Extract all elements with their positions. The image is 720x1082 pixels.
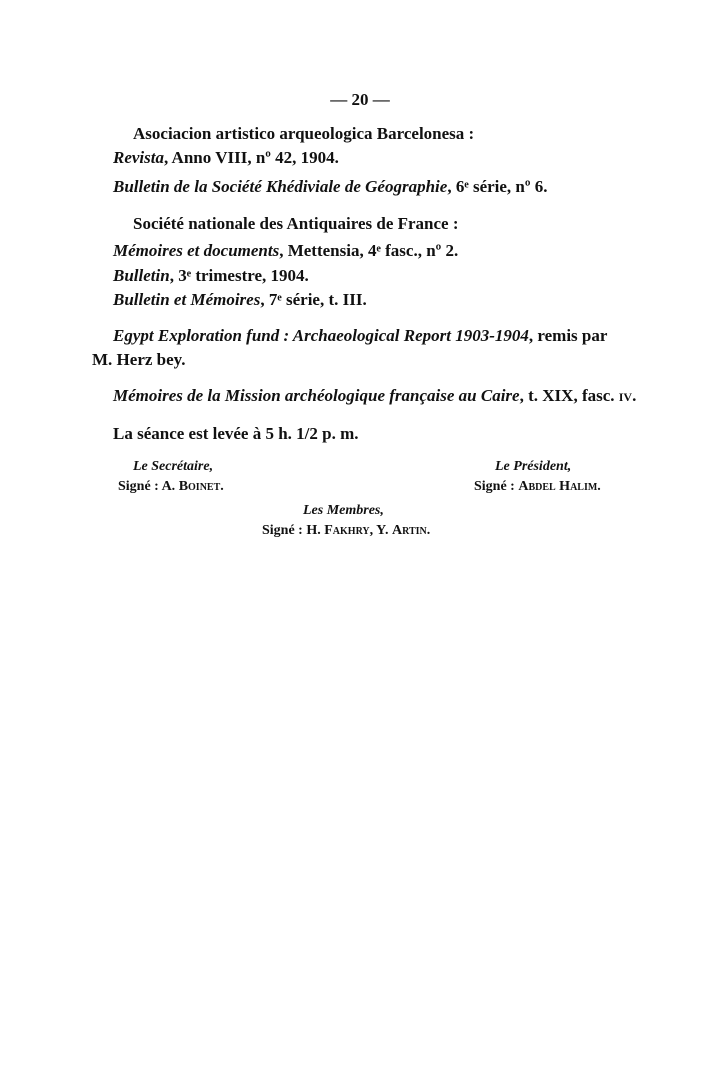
members-role: Les Membres, (303, 501, 384, 521)
publication-title: Bulletin et Mémoires (113, 290, 260, 309)
fascicle-number: iv. (619, 386, 637, 405)
publication-details: , 3ᵉ trimestre, 1904. (170, 266, 309, 285)
publication-title: Egypt Exploration fund : Archaeological … (113, 326, 529, 345)
signer-name: Boinet. (179, 479, 224, 494)
publication-details: , 7ᵉ série, t. III. (260, 290, 366, 309)
signer-name: Fakhry (324, 523, 369, 538)
society-heading-antiquaires: Société nationale des Antiquaires de Fra… (133, 214, 459, 234)
society-heading-barcelonesa: Asociacion artistico arqueologica Barcel… (133, 124, 474, 144)
list-item: Mémoires et documents, Mettensia, 4ᵉ fas… (113, 241, 458, 261)
publication-details: , t. XIX, fasc. (520, 386, 619, 405)
members-signature: Signé : H. Fakhry, Y. Artin. (262, 521, 430, 541)
separator: , Y. (370, 523, 392, 538)
publication-title: Bulletin (113, 266, 170, 285)
president-signature: Signé : Abdel Halim. (474, 477, 601, 497)
list-item: Mémoires de la Mission archéologique fra… (113, 386, 636, 406)
secretary-signature: Signé : A. Boinet. (118, 477, 224, 497)
list-item: Bulletin de la Société Khédiviale de Géo… (113, 177, 548, 197)
list-item-continuation: M. Herz bey. (92, 350, 185, 370)
closing-statement: La séance est levée à 5 h. 1/2 p. m. (113, 424, 359, 444)
publication-title: Revista (113, 148, 164, 167)
signer-name: Abdel Halim. (518, 479, 600, 494)
publication-details: , remis par (529, 326, 608, 345)
list-item: Bulletin, 3ᵉ trimestre, 1904. (113, 266, 309, 286)
page-number: — 20 — (0, 90, 720, 110)
list-item: Bulletin et Mémoires, 7ᵉ série, t. III. (113, 290, 367, 310)
signed-label: Signé : A. (118, 479, 179, 494)
list-item: Revista, Anno VIII, nº 42, 1904. (113, 148, 339, 168)
signed-label: Signé : H. (262, 523, 324, 538)
publication-details: , Mettensia, 4ᵉ fasc., nº 2. (279, 241, 458, 260)
list-item: Egypt Exploration fund : Archaeological … (113, 326, 628, 346)
publication-title: Mémoires de la Mission archéologique fra… (113, 386, 520, 405)
secretary-role: Le Secrétaire, (133, 457, 213, 477)
publication-details: , Anno VIII, nº 42, 1904. (164, 148, 339, 167)
signed-label: Signé : (474, 479, 518, 494)
publication-details: , 6ᵉ série, nº 6. (447, 177, 547, 196)
publication-title: Bulletin de la Société Khédiviale de Géo… (113, 177, 447, 196)
president-role: Le Président, (495, 457, 571, 477)
signer-name: Artin. (392, 523, 430, 538)
publication-title: Mémoires et documents (113, 241, 279, 260)
